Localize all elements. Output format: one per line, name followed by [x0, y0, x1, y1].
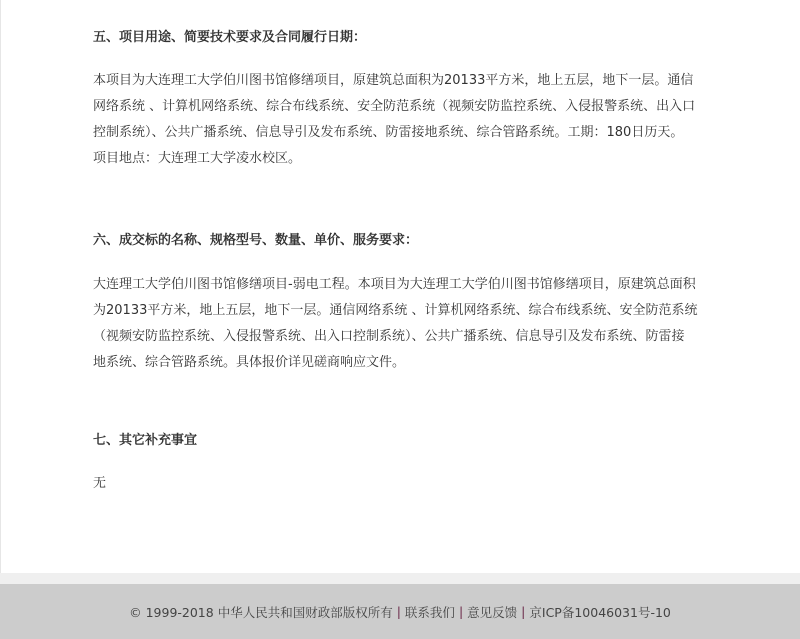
site-footer: © 1999-2018 中华人民共和国财政部版权所有 | 联系我们 | 意见反馈… [0, 584, 800, 639]
feedback-link[interactable]: 意见反馈 [467, 603, 517, 621]
page: 五、项目用途、简要技术要求及合同履行日期： 本项目为大连理工大学伯川图书馆修缮项… [0, 0, 800, 639]
section-body: 本项目为大连理工大学伯川图书馆修缮项目，原建筑总面积为20133平方米，地上五层… [93, 68, 713, 172]
section-deal-subject: 六、成交标的名称、规格型号、数量、单价、服务要求： 大连理工大学伯川图书馆修缮项… [93, 231, 713, 376]
section-other-matters: 七、其它补充事宜 无 [93, 431, 713, 497]
contact-us-link[interactable]: 联系我们 [405, 603, 455, 621]
footer-separator: | [521, 604, 525, 619]
paragraph-line: 大连理工大学伯川图书馆修缮项目-弱电工程。本项目为大连理工大学伯川图书馆修缮项目… [93, 272, 713, 298]
paragraph-line: 控制系统）、公共广播系统、信息导引及发布系统、防雷接地系统、综合管路系统。工期：… [93, 120, 713, 146]
paragraph-line: 为20133平方米，地上五层，地下一层。通信网络系统 、计算机网络系统、综合布线… [93, 298, 713, 324]
section-title: 六、成交标的名称、规格型号、数量、单价、服务要求： [93, 231, 713, 251]
announcement-content: 五、项目用途、简要技术要求及合同履行日期： 本项目为大连理工大学伯川图书馆修缮项… [0, 0, 800, 573]
paragraph-line: 无 [93, 471, 713, 497]
paragraph-line: （视频安防监控系统、入侵报警系统、出入口控制系统）、公共广播系统、信息导引及发布… [93, 324, 713, 350]
footer-separator: | [397, 604, 401, 619]
section-body: 大连理工大学伯川图书馆修缮项目-弱电工程。本项目为大连理工大学伯川图书馆修缮项目… [93, 272, 713, 376]
paragraph-line: 地系统、综合管路系统。具体报价详见磋商响应文件。 [93, 350, 713, 376]
section-project-usage: 五、项目用途、简要技术要求及合同履行日期： 本项目为大连理工大学伯川图书馆修缮项… [93, 28, 713, 172]
paragraph-line: 本项目为大连理工大学伯川图书馆修缮项目，原建筑总面积为20133平方米，地上五层… [93, 68, 713, 94]
section-body: 无 [93, 471, 713, 497]
footer-separator: | [459, 604, 463, 619]
copyright-text: © 1999-2018 中华人民共和国财政部版权所有 [129, 603, 393, 621]
section-title: 五、项目用途、简要技术要求及合同履行日期： [93, 28, 713, 48]
footer-divider-band [0, 573, 800, 584]
icp-record-link[interactable]: 京ICP备10046031号-10 [529, 603, 671, 621]
section-title: 七、其它补充事宜 [93, 431, 713, 451]
paragraph-line: 项目地点：大连理工大学凌水校区。 [93, 146, 713, 172]
paragraph-line: 网络系统 、计算机网络系统、综合布线系统、安全防范系统（视频安防监控系统、入侵报… [93, 94, 713, 120]
